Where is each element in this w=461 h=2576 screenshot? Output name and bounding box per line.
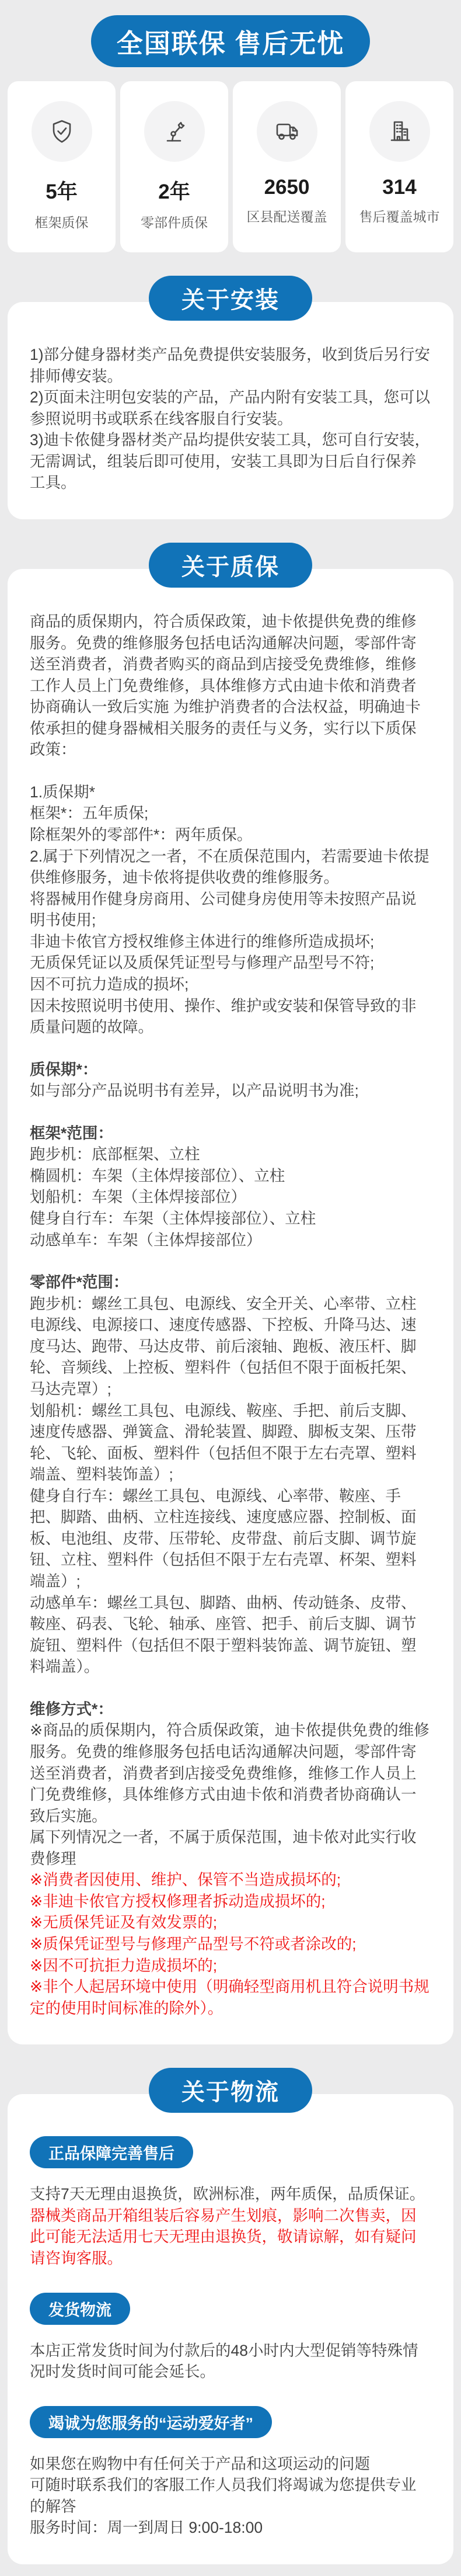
parts-scope-line: 健身自行车：螺丝工具包、电源线、心率带、鞍座、手把、脚踏、曲柄、立柱连接线、速度… [30, 1485, 431, 1592]
authentic-guarantee-warning: 器械类商品开箱组装后容易产生划痕，影响二次售卖，因此可能无法适用七天无理由退换货… [30, 2205, 431, 2269]
parts-scope-line: 跑步机：螺丝工具包、电源线、安全开关、心率带、立柱电源线、电源接口、速度传感器、… [30, 1293, 431, 1400]
customer-service-block: 竭诚为您服务的“运动爱好者” 如果您在购物中有任何关于产品和这项运动的问题 可随… [30, 2406, 431, 2539]
warranty-policy-list: 1.质保期*框架*：五年质保;除框架外的零部件*：两年质保。2.属于下列情况之一… [30, 782, 431, 1038]
warranty-policy-line: 1.质保期* [30, 782, 431, 803]
assembly-tool-icon [160, 117, 188, 145]
national-warranty-banner: 全国联保 售后无忧 [91, 15, 371, 67]
install-paragraph: 2)页面未注明包安装的产品，产品内附有安装工具，您可以参照说明书或联系在线客服自… [30, 387, 431, 429]
stat-icon-circle [32, 101, 92, 162]
shipping-text: 本店正常发货时间为付款后的48小时内大型促销等特殊情况时发货时间可能会延长。 [30, 2340, 431, 2383]
stat-label: 框架质保 [10, 212, 113, 231]
logistics-card: 正品保障完善售后 支持7天无理由退换货，欧洲标准，两年质保，品质保证。 器械类商… [8, 2094, 453, 2564]
parts-scope-heading: 零部件*范围： [30, 1272, 431, 1293]
section-title-logistics: 关于物流 [149, 2068, 312, 2113]
frame-scope-line: 划船机：车架（主体焊接部位） [30, 1186, 431, 1208]
customer-service-line3: 服务时间：周一到周日 9:00-18:00 [30, 2517, 431, 2539]
warranty-policy-line: 因未按照说明书使用、操作、维护或安装和保管导致的非质量问题的故障。 [30, 995, 431, 1038]
shipping-label: 发货物流 [30, 2293, 130, 2325]
warranty-card: 商品的质保期内，符合质保政策，迪卡侬提供免费的维修服务。免费的维修服务包括电话沟… [8, 569, 453, 2044]
warranty-policy-line: 除框架外的零部件*：两年质保。 [30, 824, 431, 846]
warranty-policy-line: 2.属于下列情况之一者，不在质保范围内，若需要迪卡侬提供维修服务，迪卡侬将提供收… [30, 846, 431, 888]
stat-icon-circle [369, 101, 430, 162]
warranty-policy-line: 无质保凭证以及质保凭证型号与修理产品型号不符; [30, 952, 431, 974]
repair-exclusion-line: ※因不可抗拒力造成损坏的; [30, 1955, 431, 1977]
stat-value: 2年 [123, 176, 226, 205]
stat-card-frame-warranty: 5年 框架质保 [8, 81, 116, 252]
stat-card-parts-warranty: 2年 零部件质保 [120, 81, 228, 252]
stat-value: 2650 [235, 176, 338, 199]
repair-exclusion-line: ※非个人起居环境中使用（明确轻型商用机且符合说明书规定的使用时间标准的除外）。 [30, 1976, 431, 2019]
building-icon [386, 117, 414, 145]
customer-service-line2: 可随时联系我们的客服工作人员我们将竭诚为您提供专业的解答 [30, 2474, 431, 2517]
install-paragraph-list: 1)部分健身器材类产品免费提供安装服务，收到货后另行安排师傅安装。2)页面未注明… [30, 344, 431, 494]
frame-scope-line: 健身自行车：车架（主体焊接部位）、立柱 [30, 1208, 431, 1230]
shipping-block: 发货物流 本店正常发货时间为付款后的48小时内大型促销等特殊情况时发货时间可能会… [30, 2293, 431, 2383]
repair-exclusion-line: ※质保凭证型号与修理产品型号不符或者涂改的; [30, 1933, 431, 1955]
section-warranty: 关于质保 商品的质保期内，符合质保政策，迪卡侬提供免费的维修服务。免费的维修服务… [0, 543, 461, 2044]
top-banner: 全国联保 售后无忧 [0, 0, 461, 67]
warranty-policy-line: 非迪卡侬官方授权维修主体进行的维修所造成损坏; [30, 931, 431, 953]
install-card: 1)部分健身器材类产品免费提供安装服务，收到货后另行安排师傅安装。2)页面未注明… [8, 302, 453, 519]
frame-scope-line: 椭圆机：车架（主体焊接部位）、立柱 [30, 1165, 431, 1187]
warranty-policy-line: 框架*：五年质保; [30, 803, 431, 824]
section-logistics: 关于物流 正品保障完善售后 支持7天无理由退换货，欧洲标准，两年质保，品质保证。… [0, 2068, 461, 2564]
warranty-period-heading: 质保期*： [30, 1059, 431, 1081]
section-title-warranty: 关于质保 [149, 543, 312, 588]
stat-icon-circle [144, 101, 205, 162]
frame-scope-line: 动感单车：车架（主体焊接部位） [30, 1230, 431, 1251]
section-install: 关于安装 1)部分健身器材类产品免费提供安装服务，收到货后另行安排师傅安装。2)… [0, 276, 461, 519]
warranty-policy-line: 将器械用作健身房商用、公司健身房使用等未按照产品说明书使用; [30, 888, 431, 931]
repair-exclusion-line: ※消费者因使用、维护、保管不当造成损坏的; [30, 1869, 431, 1891]
parts-scope-line: 划船机：螺丝工具包、电源线、鞍座、手把、前后支脚、速度传感器、弹簧盒、滑轮装置、… [30, 1400, 431, 1485]
service-detail-page: 全国联保 售后无忧 5年 框架质保 [0, 0, 461, 2576]
stats-row: 5年 框架质保 2年 零部件质保 [8, 81, 453, 252]
stat-label: 售后覆盖城市 [348, 206, 451, 225]
shield-check-icon [48, 117, 76, 145]
warranty-policy-line: 因不可抗力造成的损坏; [30, 974, 431, 995]
repair-method-heading: 维修方式*： [30, 1699, 431, 1720]
customer-service-line1: 如果您在购物中有任何关于产品和这项运动的问题 [30, 2453, 431, 2475]
stat-label: 区县配送覆盖 [235, 206, 338, 225]
stat-value: 5年 [10, 176, 113, 205]
customer-service-label: 竭诚为您服务的“运动爱好者” [30, 2406, 272, 2438]
stat-label: 零部件质保 [123, 212, 226, 231]
parts-scope-line: 动感单车：螺丝工具包、脚踏、曲柄、传动链条、皮带、鞍座、码表、飞轮、轴承、座管、… [30, 1592, 431, 1678]
frame-scope-list: 跑步机：底部框架、立柱椭圆机：车架（主体焊接部位）、立柱划船机：车架（主体焊接部… [30, 1144, 431, 1251]
stat-value: 314 [348, 176, 451, 199]
stat-icon-circle [257, 101, 317, 162]
delivery-truck-icon [273, 117, 301, 145]
stat-card-delivery-coverage: 2650 区县配送覆盖 [233, 81, 341, 252]
repair-method-intro: ※商品的质保期内，符合质保政策，迪卡侬提供免费的维修服务。免费的维修服务包括电话… [30, 1720, 431, 1827]
repair-exclusion-line: ※无质保凭证及有效发票的; [30, 1912, 431, 1933]
authentic-guarantee-label: 正品保障完善售后 [30, 2136, 193, 2168]
warranty-intro: 商品的质保期内，符合质保政策，迪卡侬提供免费的维修服务。免费的维修服务包括电话沟… [30, 611, 431, 761]
parts-scope-list: 跑步机：螺丝工具包、电源线、安全开关、心率带、立柱电源线、电源接口、速度传感器、… [30, 1293, 431, 1678]
authentic-guarantee-text: 支持7天无理由退换货，欧洲标准，两年质保，品质保证。 [30, 2183, 431, 2205]
authentic-guarantee-block: 正品保障完善售后 支持7天无理由退换货，欧洲标准，两年质保，品质保证。 器械类商… [30, 2136, 431, 2269]
warranty-period-note: 如与部分产品说明书有差异，以产品说明书为准; [30, 1080, 431, 1102]
install-paragraph: 1)部分健身器材类产品免费提供安装服务，收到货后另行安排师傅安装。 [30, 344, 431, 387]
stat-card-aftersales-cities: 314 售后覆盖城市 [345, 81, 453, 252]
install-paragraph: 3)迪卡侬健身器材类产品均提供安装工具，您可自行安装，无需调试，组装后即可使用，… [30, 429, 431, 494]
repair-exclusion-line: ※非迪卡侬官方授权修理者拆动造成损坏的; [30, 1891, 431, 1912]
frame-scope-heading: 框架*范围： [30, 1123, 431, 1144]
repair-method-note: 属下列情况之一者，不属于质保范围，迪卡侬对此实行收费修理 [30, 1827, 431, 1869]
section-title-install: 关于安装 [149, 276, 312, 321]
repair-exclusion-list: ※消费者因使用、维护、保管不当造成损坏的;※非迪卡侬官方授权修理者拆动造成损坏的… [30, 1869, 431, 2019]
frame-scope-line: 跑步机：底部框架、立柱 [30, 1144, 431, 1165]
